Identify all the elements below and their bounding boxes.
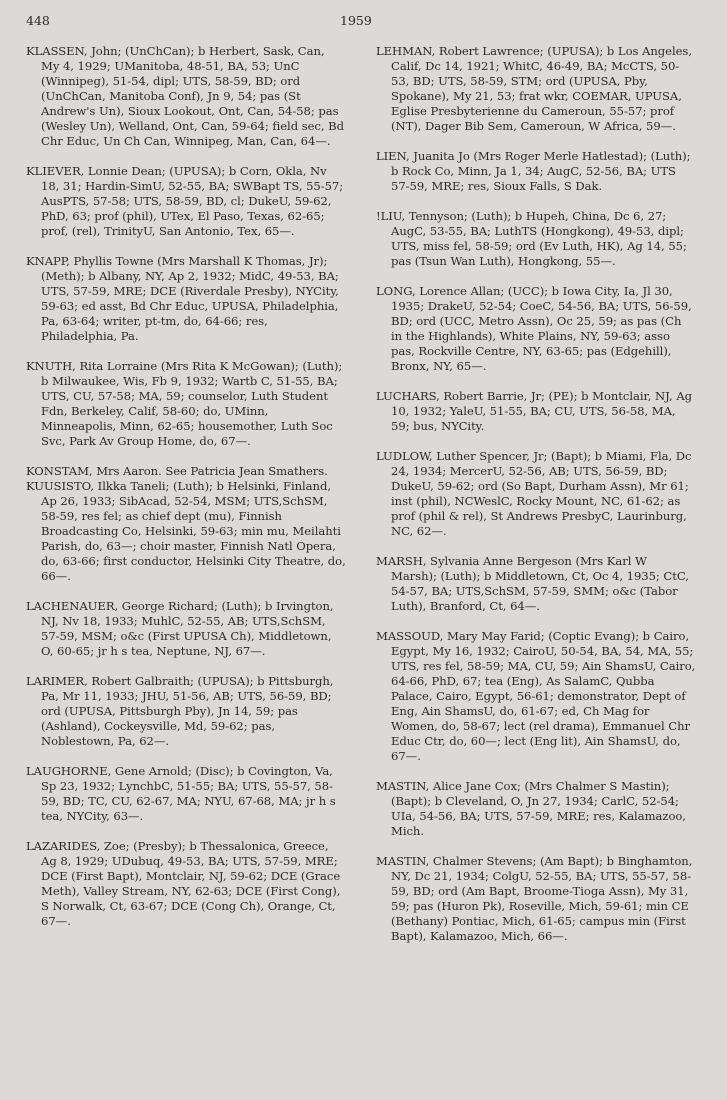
directory-entry: KONSTAM, Mrs Aaron. See Patricia Jean Sm… <box>26 464 346 479</box>
directory-entry: MASTIN, Alice Jane Cox; (Mrs Chalmer S M… <box>376 779 696 839</box>
directory-entry: LAZARIDES, Zoe; (Presby); b Thessalonica… <box>26 839 346 929</box>
directory-entry: KLIEVER, Lonnie Dean; (UPUSA); b Corn, O… <box>26 164 346 239</box>
directory-entry: KNAPP, Phyllis Towne (Mrs Marshall K Tho… <box>26 254 346 344</box>
directory-entry: LIEN, Juanita Jo (Mrs Roger Merle Hatles… <box>376 149 696 194</box>
directory-entry: LUDLOW, Luther Spencer, Jr; (Bapt); b Mi… <box>376 449 696 539</box>
right-column: LEHMAN, Robert Lawrence; (UPUSA); b Los … <box>376 44 696 959</box>
directory-entry: !LIU, Tennyson; (Luth); b Hupeh, China, … <box>376 209 696 269</box>
directory-entry: LONG, Lorence Allan; (UCC); b Iowa City,… <box>376 284 696 374</box>
page-year-heading: 1959 <box>340 13 372 28</box>
directory-entry: MASTIN, Chalmer Stevens; (Am Bapt); b Bi… <box>376 854 696 944</box>
page-number: 448 <box>26 13 50 28</box>
directory-page: 448 1959 KLASSEN, John; (UnChCan); b Her… <box>0 0 727 1100</box>
directory-entry: LEHMAN, Robert Lawrence; (UPUSA); b Los … <box>376 44 696 134</box>
directory-entry: MASSOUD, Mary May Farid; (Coptic Evang);… <box>376 629 696 764</box>
directory-entry: LAUGHORNE, Gene Arnold; (Disc); b Coving… <box>26 764 346 824</box>
directory-entry: LACHENAUER, George Richard; (Luth); b Ir… <box>26 599 346 659</box>
directory-entry: MARSH, Sylvania Anne Bergeson (Mrs Karl … <box>376 554 696 614</box>
directory-entry: LARIMER, Robert Galbraith; (UPUSA); b Pi… <box>26 674 346 749</box>
directory-entry: KUUSISTO, Ilkka Taneli; (Luth); b Helsin… <box>26 479 346 584</box>
directory-entry: KLASSEN, John; (UnChCan); b Herbert, Sas… <box>26 44 346 149</box>
directory-entry: KNUTH, Rita Lorraine (Mrs Rita K McGowan… <box>26 359 346 449</box>
left-column: KLASSEN, John; (UnChCan); b Herbert, Sas… <box>26 44 346 944</box>
directory-entry: LUCHARS, Robert Barrie, Jr; (PE); b Mont… <box>376 389 696 434</box>
